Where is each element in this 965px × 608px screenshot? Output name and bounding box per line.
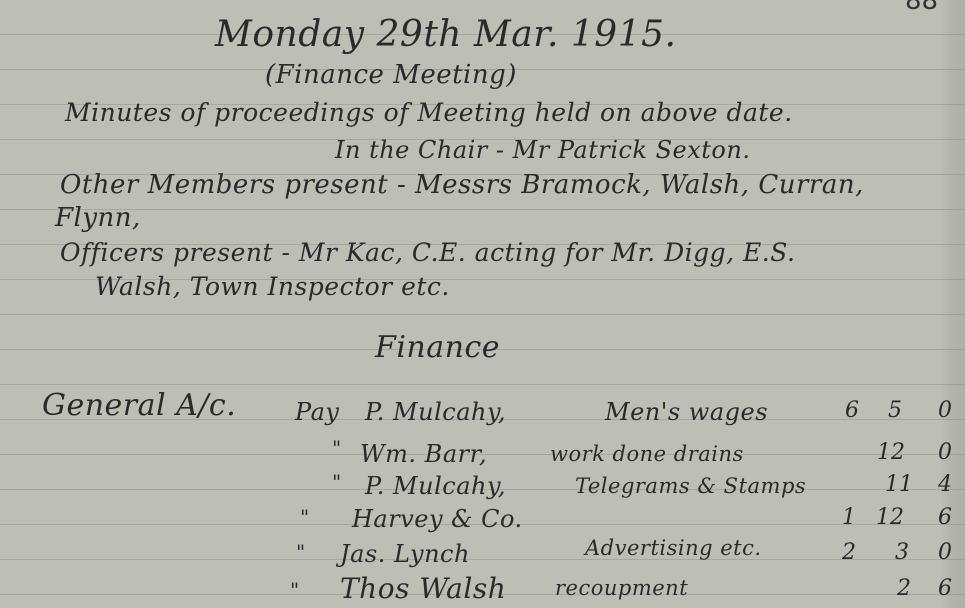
members-present-line: Other Members present - Messrs Bramock, … bbox=[60, 170, 864, 200]
entry-prefix: Pay bbox=[295, 398, 339, 426]
finance-heading: Finance bbox=[375, 330, 500, 365]
entry-pence: 6 bbox=[938, 576, 952, 601]
page-number: 88 bbox=[905, 0, 938, 16]
meeting-date: Monday 29th Mar. 1915. bbox=[215, 14, 676, 55]
entry-shillings: 12 bbox=[877, 440, 905, 465]
entry-prefix: " bbox=[296, 540, 306, 564]
account-label: General A/c. bbox=[42, 388, 236, 423]
entry-pence: 6 bbox=[938, 505, 952, 530]
entry-pence: 0 bbox=[938, 398, 952, 423]
entry-payee: P. Mulcahy, bbox=[365, 398, 506, 426]
entry-item: Telegrams & Stamps bbox=[575, 474, 806, 498]
entry-pence: 0 bbox=[938, 440, 952, 465]
entry-pence: 0 bbox=[938, 540, 952, 565]
entry-shillings: 5 bbox=[888, 398, 902, 423]
members-present-continued: Flynn, bbox=[55, 203, 141, 233]
entry-prefix: " bbox=[290, 578, 300, 602]
entry-prefix: " bbox=[300, 505, 310, 529]
entry-item: work done drains bbox=[550, 442, 744, 466]
entry-item: recoupment bbox=[555, 576, 688, 600]
meeting-type: (Finance Meeting) bbox=[265, 60, 517, 90]
minute-book-page: 88 Monday 29th Mar. 1915. (Finance Meeti… bbox=[0, 0, 965, 608]
entry-payee: Thos Walsh bbox=[340, 572, 506, 605]
entry-payee: Harvey & Co. bbox=[352, 505, 523, 533]
entry-prefix: " bbox=[332, 470, 342, 494]
entry-payee: Wm. Barr, bbox=[360, 440, 487, 468]
entry-pounds: 6 bbox=[845, 398, 859, 423]
entry-shillings: 12 bbox=[876, 505, 904, 530]
officers-present-continued: Walsh, Town Inspector etc. bbox=[95, 272, 450, 301]
entry-shillings: 11 bbox=[885, 472, 913, 497]
entry-prefix: " bbox=[332, 436, 342, 460]
entry-payee: Jas. Lynch bbox=[340, 540, 470, 568]
entry-item: Advertising etc. bbox=[585, 536, 762, 560]
chairman-line: In the Chair - Mr Patrick Sexton. bbox=[335, 136, 750, 164]
entry-payee: P. Mulcahy, bbox=[365, 472, 506, 500]
officers-present-line: Officers present - Mr Kac, C.E. acting f… bbox=[60, 238, 795, 267]
minutes-intro: Minutes of proceedings of Meeting held o… bbox=[65, 98, 793, 127]
entry-pounds: 2 bbox=[842, 540, 856, 565]
entry-shillings: 2 bbox=[897, 576, 911, 601]
entry-shillings: 3 bbox=[895, 540, 909, 565]
entry-pounds: 1 bbox=[842, 505, 856, 530]
entry-pence: 4 bbox=[938, 472, 952, 497]
entry-item: Men's wages bbox=[605, 398, 768, 426]
